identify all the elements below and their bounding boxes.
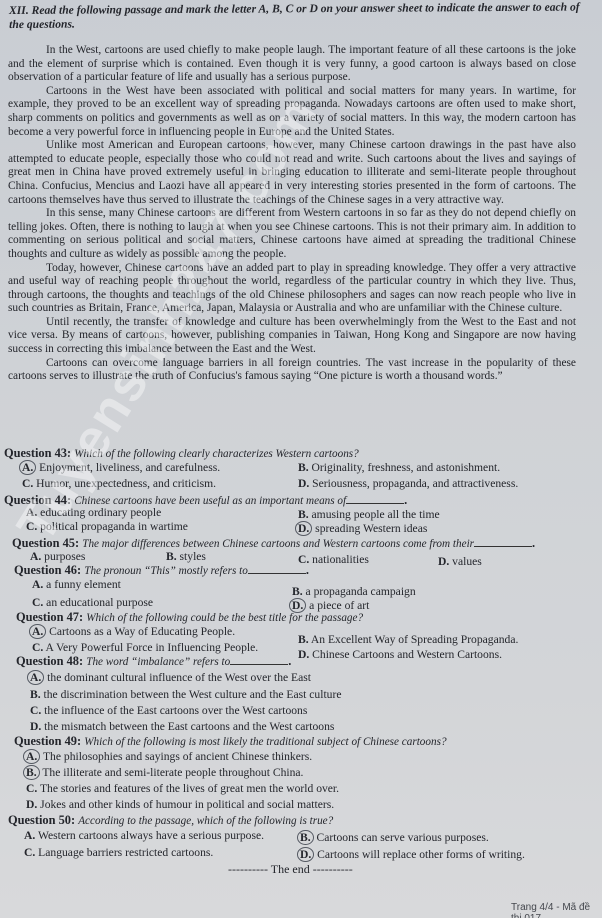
option-text: Seriousness, propaganda, and attractiven… — [309, 477, 518, 490]
option-letter: B. — [23, 765, 40, 780]
question-47: Question 47: Which of the following coul… — [16, 610, 363, 625]
question-46: Question 46: The pronoun “This” mostly r… — [14, 563, 309, 578]
option-letter: B. — [297, 830, 314, 845]
option-c: C. Humor, unexpectedness, and criticism. — [22, 477, 216, 490]
option-text: an educational purpose — [43, 596, 153, 609]
option-a: A. the dominant cultural influence of th… — [30, 671, 311, 684]
option-letter: A. — [26, 506, 37, 519]
option-text: Cartoons as a Way of Educating People. — [46, 625, 235, 638]
question-text: Which of the following is most likely th… — [84, 736, 446, 748]
option-text: the mismatch between the East cartoons a… — [41, 720, 334, 733]
option-b: B. Originality, freshness, and astonishm… — [298, 461, 500, 474]
option-letter: C. — [30, 704, 41, 717]
answer-blank — [346, 494, 404, 504]
option-b: B. the discrimination between the West c… — [30, 688, 341, 701]
option-letter: D. — [30, 720, 41, 733]
end-marker: ---------- The end ---------- — [228, 862, 353, 877]
option-text: the dominant cultural influence of the W… — [44, 671, 311, 684]
option-a: A. Western cartoons always have a seriou… — [24, 829, 264, 842]
option-letter: A. — [29, 624, 46, 639]
option-text: The stories and features of the lives of… — [37, 782, 339, 795]
question-49: Question 49: Which of the following is m… — [14, 734, 447, 749]
passage-paragraph: Unlike most American and European cartoo… — [8, 139, 576, 207]
question-text: Which of the following could be the best… — [86, 612, 363, 624]
answer-blank — [248, 564, 306, 574]
option-b: B. a propaganda campaign — [292, 585, 416, 598]
option-text: amusing people all the time — [309, 508, 440, 521]
option-letter: C. — [26, 520, 37, 533]
page-footer: Trang 4/4 - Mã đề thi 017 — [511, 902, 602, 918]
option-text: spreading Western ideas — [312, 522, 427, 535]
passage-paragraph: In this sense, many Chinese cartoons are… — [8, 207, 576, 261]
option-c: C. political propaganda in wartime — [26, 520, 188, 533]
option-letter: B. — [298, 508, 309, 521]
option-text: Originality, freshness, and astonishment… — [309, 461, 500, 474]
option-a: A. educating ordinary people — [26, 506, 161, 519]
passage-paragraph: Until recently, the transfer of knowledg… — [8, 316, 576, 357]
option-text: styles — [177, 550, 206, 563]
option-letter: A. — [23, 749, 40, 764]
option-a: A. Cartoons as a Way of Educating People… — [32, 625, 235, 638]
option-letter: C. — [26, 782, 37, 795]
option-letter: B. — [292, 585, 303, 598]
option-c: C. an educational purpose — [32, 596, 153, 609]
option-text: a propaganda campaign — [303, 585, 416, 598]
question-text: The major differences between Chinese ca… — [82, 538, 474, 550]
passage-paragraph: In the West, cartoons are used chiefly t… — [8, 44, 576, 85]
answer-blank — [230, 655, 288, 665]
option-c: C. A Very Powerful Force in Influencing … — [32, 641, 258, 654]
question-text: Which of the following clearly character… — [74, 448, 359, 460]
option-text: purposes — [41, 550, 85, 563]
option-text: the discrimination between the West cult… — [41, 688, 342, 701]
question-label: Question 44: — [4, 493, 74, 507]
option-letter: D. — [295, 521, 312, 536]
option-letter: B. — [166, 550, 177, 563]
exam-page: XII. Read the following passage and mark… — [0, 0, 602, 918]
option-d: D. the mismatch between the East cartoon… — [30, 720, 334, 733]
option-text: An Excellent Way of Spreading Propaganda… — [309, 633, 519, 646]
option-text: Cartoons will replace other forms of wri… — [314, 848, 525, 861]
option-text: values — [449, 555, 482, 568]
option-d: D. Seriousness, propaganda, and attracti… — [298, 477, 518, 490]
question-text: The pronoun “This” mostly refers to — [84, 565, 248, 577]
question-50: Question 50: According to the passage, w… — [8, 813, 333, 828]
option-letter: A. — [32, 578, 43, 591]
option-c: C. the influence of the East cartoons ov… — [30, 704, 307, 717]
passage-paragraph: Cartoons in the West have been associate… — [8, 85, 576, 139]
option-letter: C. — [32, 596, 43, 609]
option-letter: D. — [26, 798, 37, 811]
option-letter: B. — [30, 688, 41, 701]
option-d: D. Chinese Cartoons and Western Cartoons… — [298, 648, 502, 661]
option-text: Enjoyment, liveliness, and carefulness. — [36, 461, 220, 474]
option-c: C. Language barriers restricted cartoons… — [24, 846, 213, 859]
option-b: B. An Excellent Way of Spreading Propaga… — [298, 633, 518, 646]
option-letter: C. — [24, 846, 35, 859]
question-text: According to the passage, which of the f… — [78, 815, 333, 827]
option-text: Western cartoons always have a serious p… — [35, 829, 264, 842]
option-text: The philosophies and sayings of ancient … — [40, 750, 312, 763]
option-b: B. Cartoons can serve various purposes. — [300, 831, 489, 844]
option-a: A. The philosophies and sayings of ancie… — [26, 750, 312, 763]
option-letter: A. — [19, 460, 36, 475]
option-letter: C. — [32, 641, 43, 654]
option-d: D. Cartoons will replace other forms of … — [300, 848, 525, 861]
option-d: D. values — [438, 555, 482, 568]
option-text: A Very Powerful Force in Influencing Peo… — [43, 641, 258, 654]
option-a: A. a funny element — [32, 578, 121, 591]
option-text: nationalities — [309, 553, 369, 566]
option-letter: B. — [298, 461, 309, 474]
option-text: Chinese Cartoons and Western Cartoons. — [309, 648, 502, 661]
question-label: Question 49: — [14, 734, 84, 748]
question-label: Question 48: — [16, 654, 86, 668]
option-text: political propaganda in wartime — [37, 520, 188, 533]
question-label: Question 47: — [16, 610, 86, 624]
question-48: Question 48: The word “imbalance” refers… — [16, 654, 291, 669]
option-c: C. The stories and features of the lives… — [26, 782, 339, 795]
question-43: Question 43: Which of the following clea… — [4, 446, 359, 461]
option-b: B. amusing people all the time — [298, 508, 440, 521]
option-d: D. Jokes and other kinds of humour in po… — [26, 798, 334, 811]
passage-paragraph: Cartoons can overcome language barriers … — [8, 357, 576, 384]
option-text: Cartoons can serve various purposes. — [314, 831, 489, 844]
option-text: Language barriers restricted cartoons. — [35, 846, 213, 859]
option-letter: D. — [298, 477, 309, 490]
option-text: The illiterate and semi-literate people … — [40, 766, 304, 779]
option-letter: A. — [27, 670, 44, 685]
option-text: educating ordinary people — [37, 506, 161, 519]
option-letter: D. — [297, 847, 314, 862]
reading-passage: In the West, cartoons are used chiefly t… — [8, 44, 576, 384]
option-letter: B. — [298, 633, 309, 646]
option-text: Jokes and other kinds of humour in polit… — [37, 798, 334, 811]
question-45: Question 45: The major differences betwe… — [12, 536, 535, 551]
option-a: A. Enjoyment, liveliness, and carefulnes… — [22, 461, 220, 474]
question-label: Question 43: — [4, 446, 74, 460]
option-b: B. The illiterate and semi-literate peop… — [26, 766, 303, 779]
option-letter: D. — [298, 648, 309, 661]
option-a: A. purposes — [30, 550, 85, 563]
option-letter: A. — [30, 550, 41, 563]
question-label: Question 50: — [8, 813, 78, 827]
question-label: Question 45: — [12, 536, 82, 550]
answer-blank — [474, 537, 532, 547]
question-text: The word “imbalance” refers to — [86, 656, 230, 668]
option-text: a funny element — [43, 578, 121, 591]
option-letter: A. — [24, 829, 35, 842]
section-instruction: XII. Read the following passage and mark… — [9, 0, 594, 32]
passage-paragraph: Today, however, Chinese cartoons have an… — [8, 262, 576, 316]
option-text: the influence of the East cartoons over … — [41, 704, 307, 717]
option-letter: D. — [438, 555, 449, 568]
option-text: Humor, unexpectedness, and criticism. — [33, 477, 216, 490]
option-letter: C. — [22, 477, 33, 490]
option-b: B. styles — [166, 550, 206, 563]
option-d: D. spreading Western ideas — [298, 522, 427, 535]
question-label: Question 46: — [14, 563, 84, 577]
